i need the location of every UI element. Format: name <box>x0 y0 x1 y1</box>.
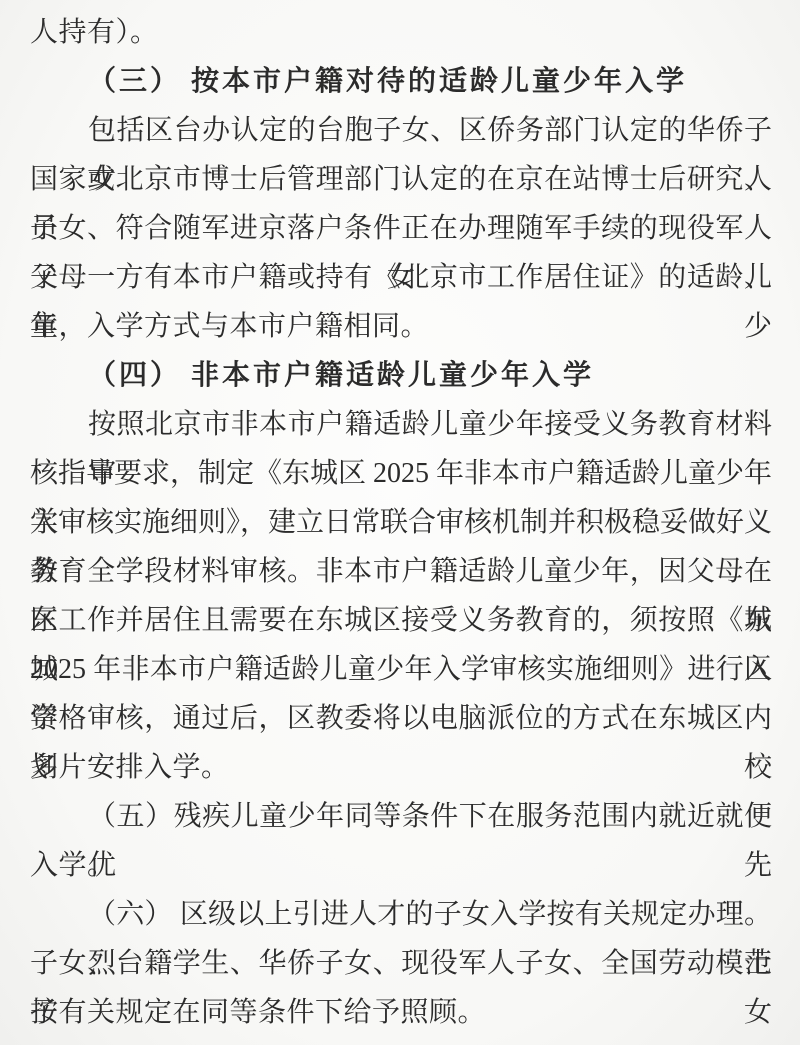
section-6-paragraph-line: （六） 区级以上引进人才的子女入学按有关规定办理。烈士 <box>30 890 772 939</box>
text-line: 子女、台籍学生、华侨子女、现役军人子女、全国劳动模范子女 <box>30 939 772 988</box>
section-4-heading: （四） 非本市户籍适龄儿童少年入学 <box>30 351 772 400</box>
text-line: 2025 年非本市户籍适龄儿童少年入学审核实施细则》进行入学 <box>30 645 772 694</box>
text-line: 核指导要求，制定《东城区 2025 年非本市户籍适龄儿童少年入 <box>30 449 772 498</box>
text-line: 父母一方有本市户籍或持有《北京市工作居住证》的适龄儿童少 <box>30 253 772 302</box>
text-line: 区工作并居住且需要在东城区接受义务教育的，须按照《东城区 <box>30 596 772 645</box>
text-line: 国家或北京市博士后管理部门认定的在京在站博士后研究人员 <box>30 155 772 204</box>
text-line: 包括区台办认定的台胞子女、区侨务部门认定的华侨子女、 <box>30 106 772 155</box>
section-3-heading: （三） 按本市户籍对待的适龄儿童少年入学 <box>30 57 772 106</box>
section-5-paragraph-line: （五）残疾儿童少年同等条件下在服务范围内就近就便优先 <box>30 792 772 841</box>
text-line-continuation: 人持有）。 <box>30 8 772 57</box>
document-page: 人持有）。 （三） 按本市户籍对待的适龄儿童少年入学 包括区台办认定的台胞子女、… <box>0 0 800 1045</box>
text-line: 教育全学段材料审核。非本市户籍适龄儿童少年，因父母在东城 <box>30 547 772 596</box>
text-line: 子女、符合随军进京落户条件正在办理随军手续的现役军人子女、 <box>30 204 772 253</box>
text-line: 学审核实施细则》，建立日常联合审核机制并积极稳妥做好义务 <box>30 498 772 547</box>
text-line: 按照北京市非本市户籍适龄儿童少年接受义务教育材料审 <box>30 400 772 449</box>
text-line: 资格审核，通过后，区教委将以电脑派位的方式在东城区内多校 <box>30 694 772 743</box>
